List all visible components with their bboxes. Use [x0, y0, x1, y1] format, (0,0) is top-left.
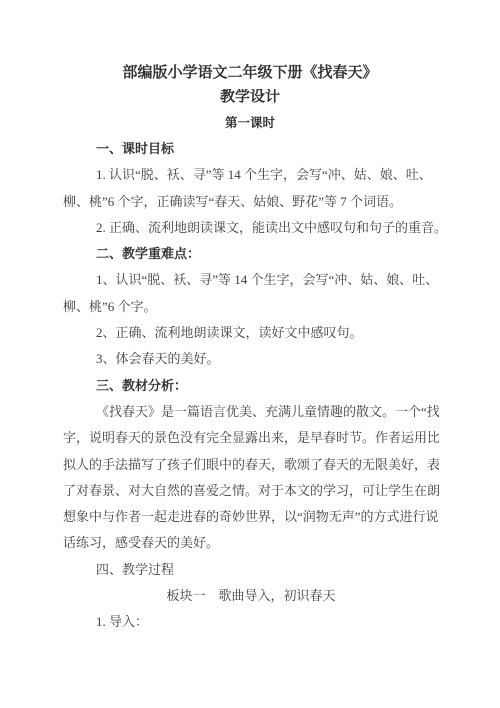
text-line: 字，说明春天的景色没有完全显露出来，是早春时节。作者运用比喻、: [63, 425, 439, 451]
block-title: 板块一 歌曲导入，初识春天: [63, 583, 439, 609]
text-line: 柳、桃”6 个字。: [63, 294, 439, 320]
list-item: 2、正确、流利地朗读课文，读好文中感叹句。: [63, 320, 439, 346]
list-item: 1、认识“脱、袄、寻”等 14 个生字，会写“冲、姑、娘、吐、: [63, 267, 439, 293]
text-line: 想象中与作者一起走进春的奇妙世界，以“润物无声”的方式进行说: [63, 504, 439, 530]
session-title: 第一课时: [0, 116, 500, 131]
document-subtitle: 教学设计: [0, 89, 500, 106]
list-item: 1. 认识“脱、袄、寻”等 14 个生字，会写“冲、姑、娘、吐、: [63, 162, 439, 188]
text-line: 《找春天》是一篇语言优美、充满儿童情趣的散文。一个“找”: [63, 399, 439, 425]
list-item: 2. 正确、流利地朗读课文，能读出文中感叹句和句子的重音。: [63, 215, 439, 241]
document-page: 部编版小学语文二年级下册《找春天》 教学设计 第一课时 一、课时目标 1. 认识…: [0, 0, 500, 708]
document-title: 部编版小学语文二年级下册《找春天》: [0, 64, 500, 82]
text-line: 了对春景、对大自然的喜爱之情。对于本文的学习，可让学生在朗读、: [63, 478, 439, 504]
section-heading-material-analysis: 三、教材分析：: [63, 373, 439, 399]
section-heading-objectives: 一、课时目标: [63, 136, 439, 162]
section-heading-key-points: 二、教学重难点：: [63, 241, 439, 267]
text-line: 话练习，感受春天的美好。: [63, 530, 439, 556]
text-line: 柳、桃”6 个字，正确读写“春天、姑娘、野花”等 7 个词语。: [63, 189, 439, 215]
document-body: 一、课时目标 1. 认识“脱、袄、寻”等 14 个生字，会写“冲、姑、娘、吐、 …: [63, 136, 439, 636]
list-item: 1. 导入：: [63, 609, 439, 635]
section-heading-teaching-process: 四、教学过程: [63, 557, 439, 583]
text-line: 拟人的手法描写了孩子们眼中的春天，歌颂了春天的无限美好，表达: [63, 452, 439, 478]
list-item: 3、体会春天的美好。: [63, 346, 439, 372]
